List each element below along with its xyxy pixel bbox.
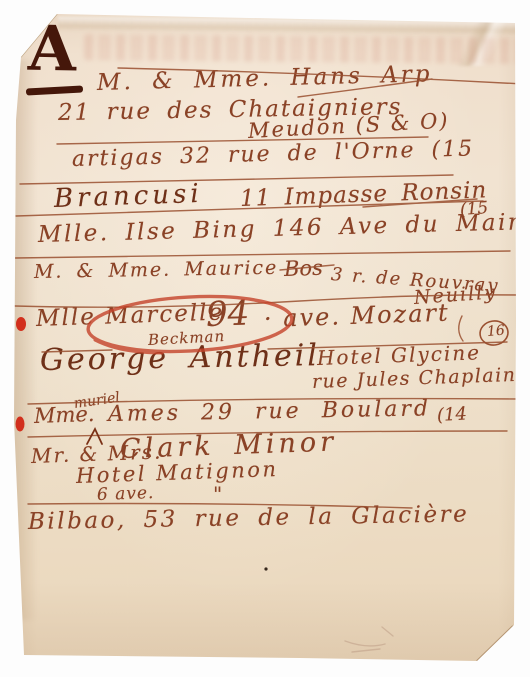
section-letter-underline [26, 86, 83, 96]
entry-marcelle-name: Mlle Marcelle [36, 299, 225, 332]
red-dot-marker [16, 317, 26, 331]
entry-minor-ditto-mark: " [213, 482, 222, 506]
entry-marcelle-arrondissement: 16 [486, 322, 505, 339]
bleedthrough-text-band [84, 34, 518, 64]
entry-minor-address: 6 ave. [97, 483, 155, 505]
red-dot-marker [16, 417, 25, 432]
entry-bos-struck-name: Bos [284, 256, 324, 281]
ink-speck [264, 567, 267, 570]
entry-ames-arrondissement: (14 [436, 403, 467, 426]
scanned-address-book-page: A M. & Mme. Hans Arp 21 rue des Chataign… [0, 0, 530, 677]
entry-brancusi-address: 11 Impasse Ronsin [240, 177, 488, 212]
crease-top [58, 17, 518, 37]
crease-left-edge [10, 60, 38, 620]
entry-marcelle-street: · ave. Mozart [264, 299, 451, 333]
faint-smudge [382, 627, 393, 636]
entry-artigas: artigas 32 rue de l'Orne (15 [72, 136, 475, 172]
entry-antheil-name: George Antheil [40, 338, 320, 378]
corner-fold-bottom-right [477, 626, 513, 661]
entry-ames-rest: Ames 29 rue Boulard [108, 396, 431, 427]
mozart-swoosh [459, 316, 463, 341]
entry-bing: Mlle. Ilse Bing 146 Ave du Maine. [38, 209, 530, 248]
faint-smudge [352, 649, 380, 652]
faint-smudge [345, 641, 385, 646]
corner-fold-crease [477, 626, 513, 661]
entry-arp-name: M. & Mme. Hans Arp [97, 61, 433, 96]
entry-bos-name: M. & Mme. Maurice [34, 257, 279, 283]
section-letter: A [27, 18, 76, 81]
entry-bilbao: Bilbao, 53 rue de la Glacière [28, 501, 470, 535]
paper-sheet: A M. & Mme. Hans Arp 21 rue des Chataign… [0, 0, 530, 677]
entry-brancusi-name: Brancusi [53, 179, 203, 214]
